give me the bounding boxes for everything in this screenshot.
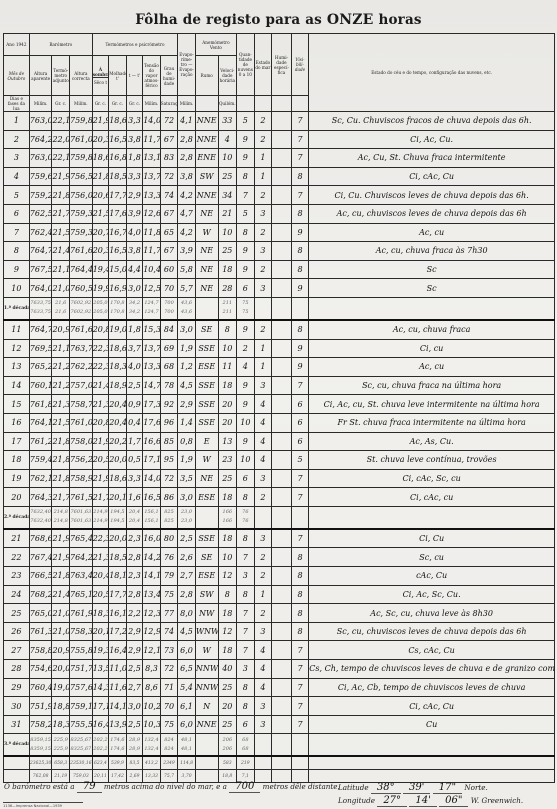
total-cell-v: 413,2 — [143, 756, 161, 770]
cell-m: 11,0 — [109, 660, 127, 679]
cell-v: 14,7 — [143, 376, 161, 395]
printer-imprint: 1136—Imprensa Nacional—1939 — [3, 802, 83, 808]
cell-m: 16,5 — [109, 242, 127, 261]
cell-vel: 10 — [218, 548, 237, 567]
cell-g: 60 — [160, 260, 178, 279]
cell-hum — [272, 279, 292, 298]
cell-hum — [272, 112, 292, 131]
cell-v: 8,6 — [143, 678, 161, 697]
cell-g: 68 — [160, 358, 178, 377]
table-row: 1763,0022,1759,8321,918,63,314,0724,1NNE… — [4, 112, 555, 131]
cell-t: 21,1 — [52, 260, 70, 279]
table-row: 6762,5021,7759,3921,517,63,912,6674,7NE2… — [4, 204, 555, 223]
sky-state-cell: Ci, Ac, Cu. — [309, 130, 555, 149]
header-anemometer: AnemómetroVento — [195, 34, 236, 56]
cell-e: 4,1 — [178, 112, 196, 131]
cell-s: 17,1 — [92, 697, 109, 716]
cell-s: 20,8 — [92, 413, 109, 432]
cell-t: 22,1 — [52, 149, 70, 168]
cell-c: 763,76 — [70, 339, 93, 358]
cell-c: 761,68 — [70, 320, 93, 339]
cell-n: 9 — [237, 376, 255, 395]
cell-v: 12,9 — [143, 622, 161, 641]
cell-r: SSE — [195, 413, 218, 432]
cell-m: 19,0 — [109, 320, 127, 339]
cell-c: 758,79 — [70, 395, 93, 414]
cell-m: 16,7 — [109, 223, 127, 242]
cell-vis: 8 — [291, 604, 309, 623]
decade-cell-mar — [254, 297, 272, 320]
cell-vel: 18 — [218, 260, 237, 279]
cell-s: 16,4 — [92, 715, 109, 734]
cell-vel: 23 — [218, 451, 237, 470]
decade-summary-row: 2.ª década7632,407632,40214,8214,87601,6… — [4, 506, 555, 529]
cell-e: 2,8 — [178, 149, 196, 168]
table-row: 23766,5521,8763,4220,418,12,314,1792,7ES… — [4, 567, 555, 586]
cell-e: 3,9 — [178, 242, 196, 261]
cell-mar: 4 — [254, 641, 272, 660]
cell-n: 8 — [237, 529, 255, 548]
cell-mar: 3 — [254, 279, 272, 298]
table-row: 20764,3021,7761,5721,720,11,616,5863,0ES… — [4, 488, 555, 507]
cell-g: 78 — [160, 376, 178, 395]
cell-c: 755,56 — [70, 715, 93, 734]
cell-r: NNE — [195, 130, 218, 149]
day-cell: 14 — [4, 376, 30, 395]
header-evaporimeter: Evapo-ríme-tro — Evapo-ração — [178, 34, 196, 96]
decade-cell-n: 6868 — [237, 734, 255, 757]
cell-t: 21,0 — [52, 604, 70, 623]
cell-a: 769,50 — [29, 339, 52, 358]
cell-r: SW — [195, 167, 218, 186]
cell-vel: 33 — [218, 112, 237, 131]
cell-mar: 2 — [254, 260, 272, 279]
decade-cell-c: 7602,927602,92 — [70, 297, 93, 320]
cell-vel: 20 — [218, 697, 237, 716]
cell-m: 14,1 — [109, 697, 127, 716]
cell-s: 20,1 — [92, 622, 109, 641]
cell-g: 65 — [160, 223, 178, 242]
cell-t: 21,5 — [52, 223, 70, 242]
table-row: 16764,1521,5761,0620,820,40,417,6961,4SS… — [4, 413, 555, 432]
cell-s: 21,9 — [92, 469, 109, 488]
cell-mar: 3 — [254, 376, 272, 395]
cell-s: 21,9 — [92, 112, 109, 131]
cell-vel: 20 — [218, 395, 237, 414]
cell-v: 16,5 — [143, 488, 161, 507]
cell-g: 96 — [160, 413, 178, 432]
cell-mar: 2 — [254, 604, 272, 623]
table-row: 10764,0521,0760,5219,916,93,012,5705,7NE… — [4, 279, 555, 298]
cell-c: 758,08 — [70, 432, 93, 451]
cell-t: 21,9 — [52, 167, 70, 186]
decade-cell-t: 225,9225,9 — [52, 734, 70, 757]
day-cell: 15 — [4, 395, 30, 414]
cell-hum — [272, 451, 292, 470]
table-row: 18759,4021,8756,2820,520,00,517,1951,9W2… — [4, 451, 555, 470]
cell-hum — [272, 204, 292, 223]
header-vapour-tension: Tensão do vapor atmos-férico — [143, 56, 161, 96]
sky-state-cell: Ac, As, Cu. — [309, 432, 555, 451]
cell-df: 3,8 — [126, 242, 143, 261]
cell-c: 761,97 — [70, 604, 93, 623]
cell-g: 67 — [160, 130, 178, 149]
cell-c: 759,83 — [70, 149, 93, 168]
cell-c: 764,40 — [70, 260, 93, 279]
day-cell: 28 — [4, 660, 30, 679]
sky-state-cell: Fr St. chuva fraca intermitente na últim… — [309, 413, 555, 432]
cell-s: 22,3 — [92, 339, 109, 358]
decade-cell-a: 8359,158359,15 — [29, 734, 52, 757]
table-row: 4759,6521,9756,5221,818,53,313,7723,8SW2… — [4, 167, 555, 186]
cell-e: 4,2 — [178, 223, 196, 242]
cell-g: 71 — [160, 678, 178, 697]
cell-m: 18,9 — [109, 376, 127, 395]
table-row: 25765,0021,0761,9718,316,12,212,3778,0NW… — [4, 604, 555, 623]
table-row: 27758,8520,9755,8619,316,42,912,1736,0W1… — [4, 641, 555, 660]
cell-vis: 9 — [291, 358, 309, 377]
table-row: 12769,5021,1763,7622,318,63,713,7691,9SS… — [4, 339, 555, 358]
cell-n: 2 — [237, 339, 255, 358]
cell-a: 764,70 — [29, 320, 52, 339]
cell-g: 75 — [160, 715, 178, 734]
sky-state-cell: Ac, cu, chuva fraca — [309, 320, 555, 339]
cell-m: 17,2 — [109, 622, 127, 641]
day-cell: 7 — [4, 223, 30, 242]
cell-n: 9 — [237, 242, 255, 261]
day-cell: 21 — [4, 529, 30, 548]
decade-cell-t: 214,8214,8 — [52, 506, 70, 529]
decade-cell-v: 124,7124,7 — [143, 297, 161, 320]
total-cell-a: 23625,30 — [29, 756, 52, 770]
header-year: Ano 1942 — [4, 34, 30, 56]
cell-t: 21,7 — [52, 488, 70, 507]
cell-df: 2,8 — [126, 548, 143, 567]
cell-hum — [272, 358, 292, 377]
cell-df: 3,7 — [126, 339, 143, 358]
cell-t: 20,9 — [52, 641, 70, 660]
total-cell-vel: 583 — [218, 756, 237, 770]
cell-n: 7 — [237, 604, 255, 623]
decade-label: 1.ª década — [4, 297, 30, 320]
cell-s: 22,3 — [92, 529, 109, 548]
cell-vis: 9 — [291, 223, 309, 242]
cell-c: 760,52 — [70, 279, 93, 298]
total-cell-m: 539,9 — [109, 756, 127, 770]
decade-cell-g: 824824 — [160, 734, 178, 757]
cell-t: 21,8 — [52, 186, 70, 205]
cell-a: 761,20 — [29, 432, 52, 451]
cell-a: 758,25 — [29, 715, 52, 734]
cell-e: 3,0 — [178, 488, 196, 507]
cell-n: 9 — [237, 432, 255, 451]
decade-cell-mar — [254, 734, 272, 757]
cell-r: NE — [195, 279, 218, 298]
header-speed: Veloci-dade horária — [218, 56, 237, 96]
cell-hum — [272, 413, 292, 432]
sky-state-cell: Ci, Ac, Sc, Cu. — [309, 585, 555, 604]
cell-e: 3,8 — [178, 167, 196, 186]
cell-vel: 25 — [218, 242, 237, 261]
cell-mar: 1 — [254, 358, 272, 377]
cell-n: 7 — [237, 186, 255, 205]
table-row: 17761,2021,8758,0821,920,21,716,6850,8E1… — [4, 432, 555, 451]
decade-cell-r — [195, 506, 218, 529]
cell-c: 761,09 — [70, 130, 93, 149]
cell-n: 9 — [237, 395, 255, 414]
cell-n: 5 — [237, 204, 255, 223]
cell-v: 12,6 — [143, 204, 161, 223]
decade-label: 2.ª década — [4, 506, 30, 529]
cell-e: 1,9 — [178, 451, 196, 470]
cell-mar: 1 — [254, 585, 272, 604]
cell-t: 21,2 — [52, 376, 70, 395]
longitude: Longitude 27° 14' 06" W. Greenwich. — [338, 795, 523, 807]
decade-cell-n: 7676 — [237, 506, 255, 529]
cell-mar: 3 — [254, 697, 272, 716]
cell-a: 762,50 — [29, 204, 52, 223]
cell-e: 1,2 — [178, 358, 196, 377]
cell-a: 761,85 — [29, 395, 52, 414]
table-row: 28754,6020,0751,7213,511,02,58,3726,5NNW… — [4, 660, 555, 679]
cell-e: 1,4 — [178, 413, 196, 432]
cell-s: 20,8 — [92, 320, 109, 339]
cell-r: SE — [195, 320, 218, 339]
table-row: 8764,7021,4761,6020,316,53,811,7673,9NE2… — [4, 242, 555, 261]
cell-a: 754,60 — [29, 660, 52, 679]
sky-state-cell: Ac, cu — [309, 223, 555, 242]
cell-c: 765,10 — [70, 585, 93, 604]
day-cell: 8 — [4, 242, 30, 261]
cell-vis: 5 — [291, 451, 309, 470]
page-title: Fôlha de registo para as ONZE horas — [0, 12, 557, 28]
header-visibility: Visi-bili-dade — [291, 34, 309, 96]
cell-vis: 9 — [291, 339, 309, 358]
cell-hum — [272, 585, 292, 604]
sky-state-cell: Ac, cu — [309, 358, 555, 377]
cell-df: 3,3 — [126, 469, 143, 488]
cell-vis: 8 — [291, 260, 309, 279]
cell-a: 767,50 — [29, 260, 52, 279]
decade-cell-hum — [272, 506, 292, 529]
sky-state-cell: Sc, cu, chuviscos leves de chuva depois … — [309, 622, 555, 641]
cell-t: 22,0 — [52, 130, 70, 149]
cell-s: 19,3 — [92, 641, 109, 660]
cell-m: 20,4 — [109, 395, 127, 414]
cell-hum — [272, 660, 292, 679]
cell-c: 764,26 — [70, 548, 93, 567]
cell-hum — [272, 223, 292, 242]
day-cell: 16 — [4, 413, 30, 432]
cell-t: 21,2 — [52, 358, 70, 377]
cell-m: 18,5 — [109, 548, 127, 567]
barometer-distance: 700 — [229, 781, 260, 793]
cell-c: 761,06 — [70, 413, 93, 432]
cell-hum — [272, 376, 292, 395]
cell-vis: 7 — [291, 469, 309, 488]
cell-m: 20,4 — [109, 413, 127, 432]
cell-e: 2,9 — [178, 395, 196, 414]
cell-n: 10 — [237, 451, 255, 470]
cell-a: 763,00 — [29, 149, 52, 168]
cell-a: 759,20 — [29, 186, 52, 205]
cell-n: 7 — [237, 641, 255, 660]
cell-vel: 28 — [218, 279, 237, 298]
cell-r: NNW — [195, 660, 218, 679]
cell-r: NNE — [195, 186, 218, 205]
cell-v: 11,7 — [143, 130, 161, 149]
total-cell-vis — [291, 756, 309, 770]
day-cell: 4 — [4, 167, 30, 186]
cell-hum — [272, 130, 292, 149]
cell-g: 74 — [160, 186, 178, 205]
day-cell: 11 — [4, 320, 30, 339]
cell-g: 95 — [160, 451, 178, 470]
cell-r: W — [195, 451, 218, 470]
cell-mar: 2 — [254, 223, 272, 242]
cell-hum — [272, 488, 292, 507]
cell-vel: 10 — [218, 339, 237, 358]
cell-v: 13,3 — [143, 186, 161, 205]
cell-v: 10,3 — [143, 715, 161, 734]
cell-a: 760,40 — [29, 678, 52, 697]
cell-hum — [272, 697, 292, 716]
cell-m: 16,5 — [109, 130, 127, 149]
cell-mar: 4 — [254, 432, 272, 451]
header-direction: Rumo — [195, 56, 218, 96]
cell-a: 765,00 — [29, 604, 52, 623]
cell-hum — [272, 260, 292, 279]
cell-vis: 8 — [291, 204, 309, 223]
cell-t: 21,0 — [52, 279, 70, 298]
decade-cell-df: 34,234,2 — [126, 297, 143, 320]
cell-r: SSE — [195, 529, 218, 548]
total-cell-df: 83,5 — [126, 756, 143, 770]
cell-s: 20,7 — [92, 223, 109, 242]
cell-a: 767,40 — [29, 548, 52, 567]
cell-n: 9 — [237, 149, 255, 168]
cell-a: 761,35 — [29, 622, 52, 641]
table-row: 22767,4021,9764,2621,318,52,814,2762,6SE… — [4, 548, 555, 567]
cell-mar: 4 — [254, 678, 272, 697]
cell-hum — [272, 149, 292, 168]
cell-a: 764,15 — [29, 413, 52, 432]
day-cell: 19 — [4, 469, 30, 488]
cell-vel: 11 — [218, 358, 237, 377]
table-row: 15761,8521,3758,7921,320,40,917,3922,9SS… — [4, 395, 555, 414]
cell-df: 3,3 — [126, 167, 143, 186]
cell-vel: 25 — [218, 715, 237, 734]
header-thermometers: Termómetros e psicrómetro — [92, 34, 178, 56]
cell-s: 21,7 — [92, 488, 109, 507]
cell-v: 13,3 — [143, 358, 161, 377]
total-cell-t: 658,3 — [52, 756, 70, 770]
cell-e: 2,7 — [178, 567, 196, 586]
cell-s: 20,3 — [92, 130, 109, 149]
cell-t: 19,0 — [52, 678, 70, 697]
sky-state-cell: Ac, cu, chuviscos leves de chuva depois … — [309, 204, 555, 223]
register-sheet: Fôlha de registo para as ONZE horas Ano … — [0, 0, 557, 809]
total-cell-r — [195, 756, 218, 770]
cell-vel: 18 — [218, 604, 237, 623]
cell-r: NE — [195, 260, 218, 279]
barometer-altitude: 79 — [77, 781, 102, 793]
day-cell: 24 — [4, 585, 30, 604]
cell-r: NW — [195, 604, 218, 623]
cell-g: 83 — [160, 149, 178, 168]
cell-df: 1,8 — [126, 320, 143, 339]
sky-state-cell: Ci, Cu. Chuviscos leves de chuva depois … — [309, 186, 555, 205]
cell-v: 14,2 — [143, 548, 161, 567]
cell-df: 4,4 — [126, 260, 143, 279]
decade-cell-s: 205,0205,0 — [92, 297, 109, 320]
decade-cell-r — [195, 297, 218, 320]
sky-state-cell: St. chuva leve contínua, trovões — [309, 451, 555, 470]
cell-hum — [272, 242, 292, 261]
cell-g: 84 — [160, 320, 178, 339]
cell-r: SSE — [195, 395, 218, 414]
cell-t: 21,5 — [52, 413, 70, 432]
cell-vel: 13 — [218, 432, 237, 451]
cell-g: 70 — [160, 697, 178, 716]
sky-state-cell: Cu — [309, 715, 555, 734]
cell-c: 755,86 — [70, 641, 93, 660]
cell-g: 67 — [160, 204, 178, 223]
cell-n: 3 — [237, 567, 255, 586]
cell-v: 17,6 — [143, 413, 161, 432]
cell-df: 3,3 — [126, 112, 143, 131]
cell-m: 20,2 — [109, 432, 127, 451]
decade-cell-vis — [291, 506, 309, 529]
table-row: 29760,4019,0757,6314,311,62,78,6715,4NNW… — [4, 678, 555, 697]
cell-t: 20,0 — [52, 660, 70, 679]
cell-hum — [272, 567, 292, 586]
cell-e: 0,8 — [178, 432, 196, 451]
cell-g: 80 — [160, 529, 178, 548]
cell-vel: 25 — [218, 469, 237, 488]
cell-c: 757,63 — [70, 678, 93, 697]
table-row: 21768,6521,9765,4922,320,02,316,0802,5SS… — [4, 529, 555, 548]
cell-mar: 2 — [254, 130, 272, 149]
day-cell: 20 — [4, 488, 30, 507]
table-row: 9767,5021,1764,4019,415,04,410,4605,8NE1… — [4, 260, 555, 279]
cell-a: 768,65 — [29, 529, 52, 548]
cell-n: 10 — [237, 413, 255, 432]
sky-state-cell: Ac, Cu, St. Chuva fraca intermitente — [309, 149, 555, 168]
header-dry: À sombraSêco t — [92, 56, 109, 96]
cell-g: 73 — [160, 641, 178, 660]
header-wet: Molhado t' — [109, 56, 127, 96]
decade-cell-v: 132,4132,4 — [143, 734, 161, 757]
cell-v: 13,1 — [143, 149, 161, 168]
barometer-note: O barómetro está a 79 metros acima do ni… — [4, 781, 340, 793]
cell-c: 762,20 — [70, 358, 93, 377]
cell-m: 13,9 — [109, 715, 127, 734]
cell-vis: 9 — [291, 279, 309, 298]
cell-m: 17,7 — [109, 585, 127, 604]
decade-cell-t: 21,621,6 — [52, 297, 70, 320]
cell-v: 12,5 — [143, 279, 161, 298]
day-cell: 25 — [4, 604, 30, 623]
cell-df: 2,7 — [126, 678, 143, 697]
cell-mar: 4 — [254, 395, 272, 414]
total-cell-c: 23530,16 — [70, 756, 93, 770]
table-row: 3763,0022,1759,8318,616,81,813,1832,8ENE… — [4, 149, 555, 168]
cell-s: 20,4 — [92, 567, 109, 586]
cell-r: NNE — [195, 112, 218, 131]
cell-n: 6 — [237, 469, 255, 488]
cell-vis: 7 — [291, 186, 309, 205]
